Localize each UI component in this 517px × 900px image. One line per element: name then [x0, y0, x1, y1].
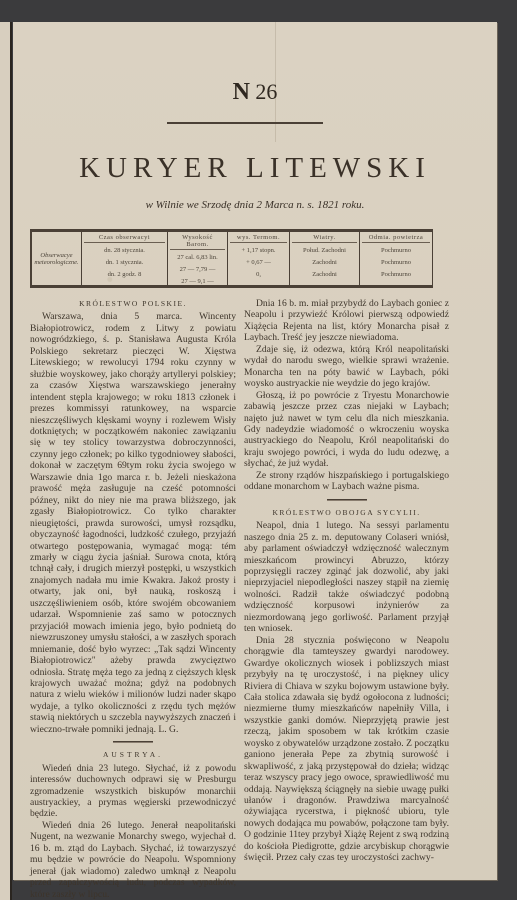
- weather-col-winds: Wiatry. Połud. Zachodni Zachodni Zachodn…: [290, 232, 360, 285]
- article-paragraph: Wiedeń dnia 23 lutego. Słychać, iż z pow…: [30, 763, 236, 820]
- weather-label-text: Obserwacye meteorologiczne.: [34, 252, 79, 266]
- left-column: KRÓLESTWO POLSKIE. Warszawa, dnia 5 marc…: [30, 298, 236, 900]
- weather-cell: + 0,67 —: [230, 257, 287, 269]
- weather-col-barometer: Wysokość Barom. 27 cal. 6,83 lin. 27 — 7…: [168, 232, 228, 285]
- weather-cell: Pochmurno: [362, 245, 430, 257]
- masthead-rule: [167, 122, 323, 124]
- issue-number-prefix: N: [233, 79, 250, 105]
- adjacent-page-edge: [0, 22, 12, 900]
- weather-label: Obserwacye meteorologiczne.: [30, 232, 82, 285]
- masthead-title: KURYER LITEWSKI: [13, 152, 497, 185]
- weather-col-conditions: Odmia. powietrza Pochmurno Pochmurno Poc…: [360, 232, 433, 285]
- newspaper-page: N 26 KURYER LITEWSKI w Wilnie we Srzodę …: [13, 22, 497, 880]
- section-divider: [327, 499, 367, 501]
- weather-cell: 27 — 7,79 —: [170, 264, 225, 276]
- section-heading-two-sicilies: KRÓLESTWO OBOJGA SYCYLII.: [244, 507, 449, 518]
- weather-cell: + 1,17 stopn.: [230, 245, 287, 257]
- weather-cell: dn. 28 stycznia.: [84, 245, 165, 257]
- right-column: Dnia 16 b. m. miał przybydź do Laybach g…: [244, 298, 449, 864]
- article-paragraph: Ze strony rządów hiszpańskiego i portuga…: [244, 470, 449, 493]
- weather-cell: 27 cal. 6,83 lin.: [170, 252, 225, 264]
- section-divider: [113, 741, 153, 743]
- weather-cell: Zachodni: [292, 257, 357, 269]
- weather-cell: dn. 2 godz. 8: [84, 269, 165, 281]
- issue-number-value: 26: [255, 79, 277, 104]
- weather-col-header: wys. Termom.: [230, 234, 287, 243]
- weather-cell: Połud. Zachodni: [292, 245, 357, 257]
- weather-col-time: Czas obserwacyi dn. 28 stycznia. dn. 1 s…: [82, 232, 168, 285]
- weather-table: Obserwacye meteorologiczne. Czas obserwa…: [30, 229, 433, 288]
- weather-cell: Pochmurno: [362, 257, 430, 269]
- weather-cell: Pochmurno: [362, 269, 430, 281]
- article-paragraph: Wiedeń dnia 26 lutego. Jenerał neapolita…: [30, 820, 236, 900]
- weather-col-header: Czas obserwacyi: [84, 234, 165, 243]
- article-paragraph: Dnia 28 stycznia poświęcono w Neapolu ch…: [244, 635, 449, 864]
- weather-cell: 27 — 9,1 —: [170, 276, 225, 288]
- article-paragraph: Warszawa, dnia 5 marca. Wincenty Białopi…: [30, 311, 236, 735]
- section-heading-poland: KRÓLESTWO POLSKIE.: [30, 298, 236, 309]
- dateline: w Wilnie we Srzodę dnia 2 Marca n. s. 18…: [13, 199, 497, 211]
- weather-cell: 0,: [230, 269, 287, 281]
- weather-col-header: Odmia. powietrza: [362, 234, 430, 243]
- section-heading-austria: AUSTRYA.: [30, 749, 236, 760]
- weather-col-header: Wysokość Barom.: [170, 234, 225, 250]
- weather-col-header: Wiatry.: [292, 234, 357, 243]
- weather-cell: Zachodni: [292, 269, 357, 281]
- article-paragraph: Głoszą, iż po powrócie z Tryestu Monarch…: [244, 390, 449, 470]
- article-paragraph: Dnia 16 b. m. miał przybydź do Laybach g…: [244, 298, 449, 344]
- weather-cell: dn. 1 stycznia.: [84, 257, 165, 269]
- article-paragraph: Neapol, dnia 1 lutego. Na sessyi parlame…: [244, 520, 449, 635]
- issue-number: N 26: [13, 79, 497, 106]
- article-paragraph: Zdaje się, iż odezwa, którą Król neapoli…: [244, 344, 449, 390]
- weather-col-thermometer: wys. Termom. + 1,17 stopn. + 0,67 — 0,: [228, 232, 290, 285]
